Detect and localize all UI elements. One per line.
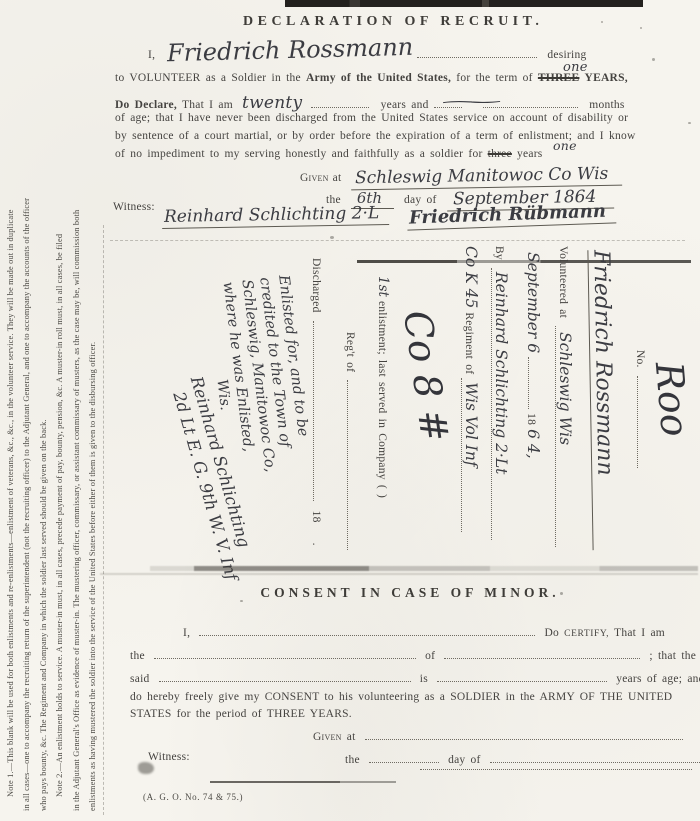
consent-given-at: at	[347, 731, 356, 743]
enlistment-ordinal-handwritten: 1st	[375, 276, 391, 297]
regiment-label: Regiment of	[463, 312, 475, 374]
blank-line	[311, 96, 369, 108]
declaration-line-4: of age; that I have never been discharge…	[115, 112, 628, 124]
blank-line	[365, 728, 683, 740]
blank-line	[199, 624, 535, 636]
blank-line	[637, 376, 649, 468]
declaration-title: DECLARATION OF RECRUIT.	[243, 14, 543, 30]
panel-regiment-value: Wis Vol Inf	[461, 378, 480, 532]
discharged-label: Discharged	[310, 258, 322, 313]
months-scrawl: ~	[433, 95, 511, 110]
consent-body-2: STATES for the period of THREE YEARS.	[130, 708, 352, 720]
line6-pre: of no impediment to my serving honestly …	[115, 148, 483, 160]
consent-day-of: day of	[448, 754, 481, 766]
ink-speck	[560, 592, 563, 595]
binding-strip	[285, 0, 643, 7]
company-big-scrawl: Co 8 #	[395, 308, 457, 445]
panel-regiment-line: Co K 45 Regiment of Wis Vol Inf	[448, 246, 480, 568]
do-declare: Do Declare,	[115, 99, 177, 111]
panel-recruit-name: Friedrich Rossmann	[587, 250, 618, 550]
line2-pre: to VOLUNTEER as a Soldier in the	[115, 72, 301, 84]
ago-form-number: (A. G. O. No. 74 & 75.)	[143, 792, 243, 802]
consent-the-label: the	[345, 754, 360, 766]
certify-rest: That I am	[614, 627, 665, 639]
note-line: in the Adjutant General's Office as evid…	[69, 11, 85, 811]
ink-smudge	[138, 762, 154, 774]
note-line: enlistments as having mustered the soldi…	[85, 11, 101, 811]
blank-line	[490, 751, 700, 763]
line6-post: years	[517, 148, 543, 160]
ink-speck	[688, 122, 691, 124]
note-line: in all cases—one to accompany the recrui…	[19, 11, 35, 811]
that-i-am: That I am	[182, 99, 233, 111]
ink-speck	[240, 600, 243, 602]
volunteered-place: Schleswig Wis	[555, 326, 574, 547]
blank-line	[444, 647, 640, 659]
i-label: I,	[148, 49, 155, 61]
consent-body-1: do hereby freely give my CONSENT to his …	[130, 691, 672, 703]
fold-line-horizontal	[110, 240, 685, 241]
the-label: the	[130, 650, 145, 662]
consent-witness-label: Witness:	[148, 751, 190, 763]
blank-line	[437, 670, 607, 682]
panel-big-scrawl-line: Co 8 #	[392, 246, 448, 568]
panel-name-scrawl-line: Roo	[650, 246, 694, 568]
age-handwritten: twenty	[242, 93, 302, 113]
panel-by-line: By Reinhard Schlichting 2·Lt	[480, 246, 510, 568]
years-word: YEARS,	[585, 72, 628, 84]
declaration-line-2: to VOLUNTEER as a Soldier in the Army of…	[115, 72, 695, 84]
filing-panel-rotated: Roo No. Friedrich Rossmann Volunteered a…	[150, 246, 694, 568]
enlistment-label: enlistment; last served in Company ( )	[376, 301, 388, 498]
blank-line	[154, 647, 416, 659]
witness-signature-line: Reinhard Schlichting 2·L Friedrich Rübma…	[162, 204, 616, 234]
consent-signature-blank-right	[420, 768, 692, 770]
consent-signature-blank-left	[210, 781, 396, 783]
certify-word: certify,	[564, 629, 609, 639]
name-scrawl-handwritten: Roo	[647, 360, 697, 438]
panel-regt-of-line: Reg't of	[326, 246, 360, 568]
panel-recruit-name-line: Friedrich Rossmann	[574, 246, 616, 568]
blank-line	[417, 46, 537, 58]
witness-label: Witness:	[113, 201, 155, 213]
blank-line	[528, 357, 540, 409]
panel-company: Co K 45	[462, 246, 480, 308]
regt-of-label: Reg't of	[344, 332, 356, 372]
panel-date-month-day: September 6	[524, 252, 542, 353]
no-label: No.	[634, 350, 646, 368]
panel-date-year: 6 4,	[524, 429, 542, 459]
by-label: By	[493, 246, 505, 260]
blank-line	[347, 380, 359, 550]
date-18-printed: 18	[525, 413, 537, 425]
that-the-label: ; that the	[649, 650, 696, 662]
consent-title: CONSENT IN CASE OF MINOR.	[130, 585, 690, 601]
declaration-line-6: of no impediment to my serving honestly …	[115, 148, 543, 160]
blank-line	[159, 670, 411, 682]
panel-date-line: September 6 18 6 4,	[510, 246, 542, 568]
years-and: years and	[381, 99, 429, 111]
panel-by-name: Reinhard Schlichting 2·Lt	[491, 268, 510, 540]
recruit-signature-handwritten: Friedrich Rübmann	[407, 200, 617, 230]
one-handwritten-2: one	[553, 138, 577, 153]
ink-speck	[640, 27, 642, 29]
three-struck-2: three	[488, 148, 512, 160]
consent-i-label: I,	[183, 627, 190, 639]
filing-panel-text: Roo No. Friedrich Rossmann Volunteered a…	[150, 246, 694, 568]
margin-notes: Note 1.—This blank will be used for both…	[0, 8, 106, 814]
years-age-label: years of age; and I	[616, 673, 700, 685]
consent-line-3: said is years of age; and I	[130, 670, 700, 685]
consent-given-label: Given	[313, 731, 342, 743]
witness-name-handwritten: Reinhard Schlichting 2·L	[162, 203, 390, 229]
ink-speck	[330, 236, 334, 239]
volunteered-label: Volunteered at	[557, 246, 569, 318]
tear-smudge-2	[100, 573, 698, 575]
army-blackletter: Army of the United States,	[306, 72, 451, 84]
consent-given-line: Given at	[313, 728, 683, 743]
consent-date-line: the day of	[345, 751, 700, 766]
declaration-line-1: I, Friedrich Rossmann desiring	[148, 36, 586, 64]
blank-line	[369, 751, 439, 763]
panel-volunteered-line: Volunteered at Schleswig Wis	[542, 246, 574, 568]
ink-speck	[652, 58, 655, 61]
one-handwritten: one	[563, 60, 588, 75]
note-line: who pays bounty, &c. The Regiment and Co…	[36, 11, 52, 811]
note-line: Note 1.—This blank will be used for both…	[3, 11, 19, 811]
of-label: of	[425, 650, 435, 662]
margin-notes-text: Note 1.—This blank will be used for both…	[3, 11, 103, 811]
consent-line-2: the of ; that the	[130, 647, 696, 662]
declaration-line-3: Do Declare, That I am twenty years and ~…	[115, 93, 625, 113]
is-label: is	[420, 673, 428, 685]
panel-enlistment-line: 1st enlistment; last served in Company (…	[360, 246, 392, 568]
given-label: Given	[300, 172, 329, 184]
months-label: months	[589, 99, 624, 111]
panel-signature-block: Reinhard Schlichting 2d Lt E. G. 9th W. …	[150, 246, 206, 568]
consent-line-1: I, Do certify, That I am	[183, 624, 665, 639]
panel-no-line: No.	[616, 246, 650, 568]
certify-do: Do	[544, 627, 559, 639]
recruit-name-handwritten: Friedrich Rossmann	[167, 33, 414, 67]
said-label: said	[130, 673, 150, 685]
note-line: Note 2.—An enlistment holds to service. …	[52, 11, 68, 811]
tear-smudge	[150, 566, 698, 571]
line2-mid: for the term of	[456, 72, 533, 84]
given-at-label: at	[333, 172, 342, 184]
scanned-document-page: Note 1.—This blank will be used for both…	[0, 0, 700, 821]
ink-speck	[601, 21, 603, 23]
